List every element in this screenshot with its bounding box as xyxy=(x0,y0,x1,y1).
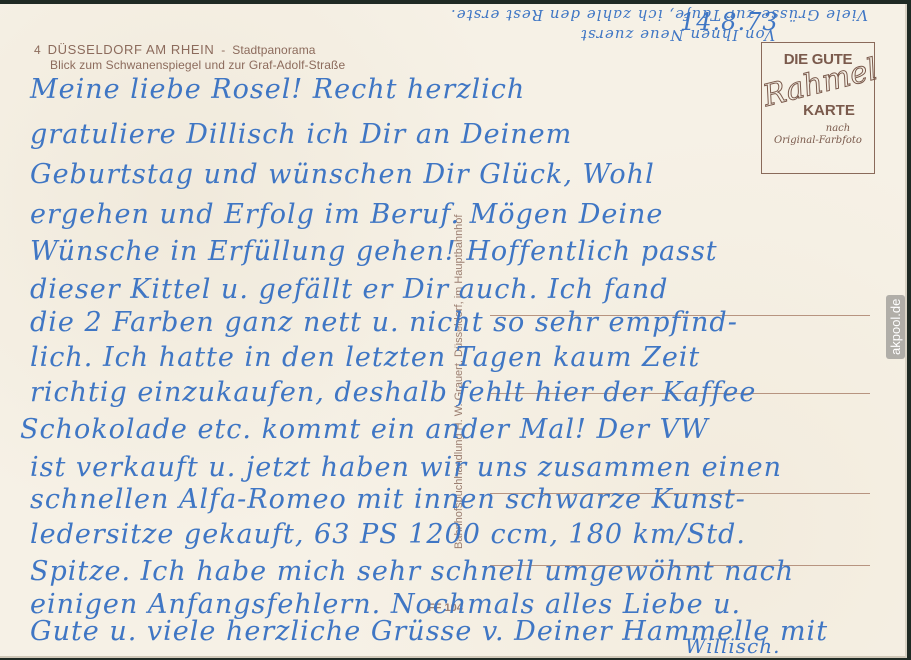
handwriting-line-2: gratuliere Dillisch ich Dir an Deinem xyxy=(30,119,572,150)
handwriting-line-14: Spitze. Ich habe mich sehr schnell umgew… xyxy=(30,556,794,587)
caption-separator: - xyxy=(221,43,225,57)
stamp-nach-text: nach xyxy=(762,123,874,134)
handwriting-signature: Willisch. xyxy=(685,634,781,658)
stamp-original-text: Original-Farbfoto xyxy=(762,135,874,146)
stamp-box: DIE GUTE Rahmel KARTE nach Original-Farb… xyxy=(761,42,875,174)
printed-caption: 4 DÜSSELDORF AM RHEIN - Stadtpanorama Bl… xyxy=(34,42,345,73)
handwriting-line-6: dieser Kittel u. gefällt er Dir auch. Ic… xyxy=(30,274,668,305)
handwriting-line-5: Wünsche in Erfüllung gehen! Hoffentlich … xyxy=(30,236,718,267)
handwriting-line-8: lich. Ich hatte in den letzten Tagen kau… xyxy=(30,342,700,373)
handwriting-line-7: die 2 Farben ganz nett u. nicht so sehr … xyxy=(30,307,738,338)
watermark: akpool.de xyxy=(886,295,905,359)
caption-subtitle: Stadtpanorama xyxy=(232,43,315,57)
handwriting-line-1: Meine liebe Rosel! Recht herzlich xyxy=(30,74,525,105)
handwriting-line-4: ergehen und Erfolg im Beruf. Mögen Deine xyxy=(30,199,663,230)
handwriting-upside-down-1: Viele Grüsse zur Taufe, ich zahle den Re… xyxy=(450,6,868,24)
handwriting-line-10: Schokolade etc. kommt ein ander Mal! Der… xyxy=(20,414,709,445)
handwriting-line-13: ledersitze gekauft, 63 PS 1200 ccm, 180 … xyxy=(30,519,746,550)
caption-number: 4 xyxy=(34,43,41,57)
postcard-back: Viele Grüsse zur Taufe, ich zahle den Re… xyxy=(0,4,907,658)
handwriting-line-3: Geburtstag und wünschen Dir Glück, Wohl xyxy=(30,159,655,190)
handwritten-date: 14.8.73 xyxy=(680,8,779,36)
handwriting-line-12: schnellen Alfa-Romeo mit innen schwarze … xyxy=(30,484,746,515)
handwriting-line-11: ist verkauft u. jetzt haben wir uns zusa… xyxy=(30,452,782,483)
caption-city: DÜSSELDORF AM RHEIN xyxy=(48,42,215,57)
handwriting-line-9: richtig einzukaufen, deshalb fehlt hier … xyxy=(30,377,756,408)
caption-line2: Blick zum Schwanenspiegel und zur Graf-A… xyxy=(34,58,345,73)
